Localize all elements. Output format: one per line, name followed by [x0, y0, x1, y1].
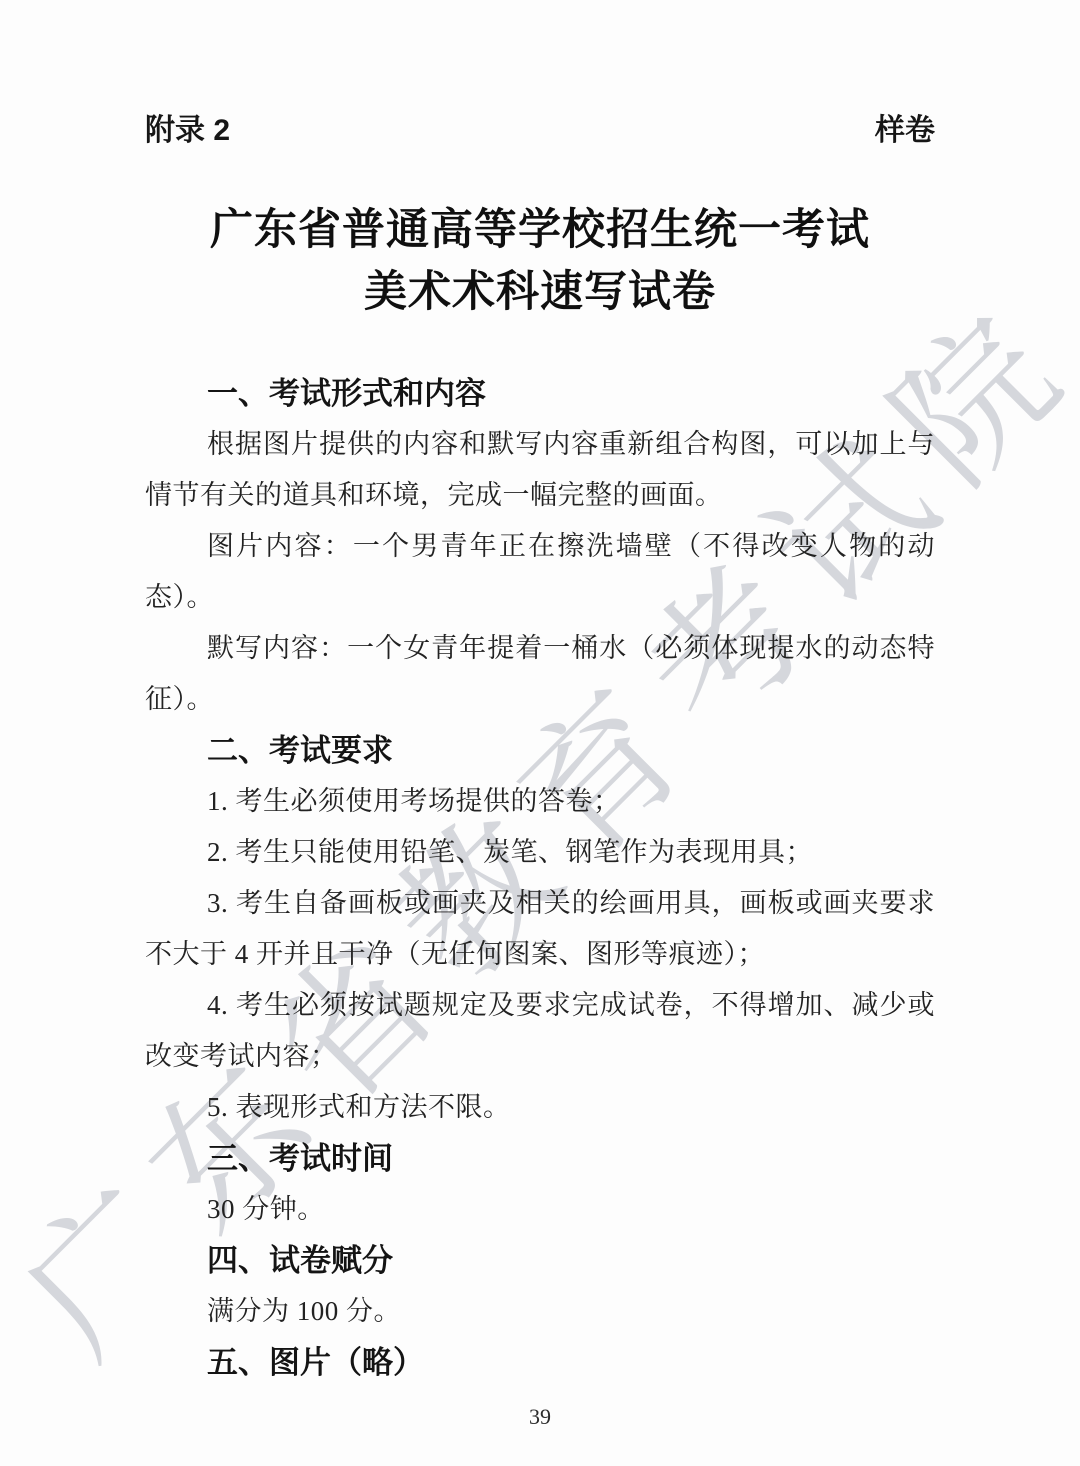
document-title: 广东省普通高等学校招生统一考试 美术术科速写试卷	[145, 200, 935, 324]
paragraph: 根据图片提供的内容和默写内容重新组合构图，可以加上与情节有关的道具和环境，完成一…	[145, 419, 935, 521]
page-content: 附录 2 样卷 广东省普通高等学校招生统一考试 美术术科速写试卷 一、考试形式和…	[0, 0, 1080, 1388]
section-heading-exam-form: 一、考试形式和内容	[145, 368, 935, 419]
section-heading-exam-requirements: 二、考试要求	[145, 725, 935, 776]
paragraph: 图片内容：一个男青年正在擦洗墙壁（不得改变人物的动态）。	[145, 521, 935, 623]
document-body: 一、考试形式和内容 根据图片提供的内容和默写内容重新组合构图，可以加上与情节有关…	[145, 368, 935, 1388]
list-item: 3. 考生自备画板或画夹及相关的绘画用具，画板或画夹要求不大于 4 开并且干净（…	[145, 878, 935, 980]
paragraph: 默写内容：一个女青年提着一桶水（必须体现提水的动态特征）。	[145, 623, 935, 725]
list-item: 2. 考生只能使用铅笔、炭笔、钢笔作为表现用具；	[145, 827, 935, 878]
list-item: 5. 表现形式和方法不限。	[145, 1082, 935, 1133]
section-heading-exam-time: 三、考试时间	[145, 1133, 935, 1184]
document-title-line1: 广东省普通高等学校招生统一考试	[210, 207, 870, 254]
document-title-line2: 美术术科速写试卷	[364, 269, 716, 316]
sample-paper-label: 样卷	[875, 114, 935, 148]
document-header: 附录 2 样卷	[145, 0, 935, 148]
document-page: 广东省教育考试院 附录 2 样卷 广东省普通高等学校招生统一考试 美术术科速写试…	[0, 0, 1080, 1466]
section-heading-picture-omitted: 五、图片（略）	[145, 1337, 935, 1388]
section-heading-exam-score: 四、试卷赋分	[145, 1235, 935, 1286]
list-item: 1. 考生必须使用考场提供的答卷；	[145, 776, 935, 827]
paragraph: 满分为 100 分。	[145, 1286, 935, 1337]
page-number: 39	[529, 1404, 551, 1429]
appendix-label: 附录 2	[145, 114, 230, 148]
paragraph: 30 分钟。	[145, 1184, 935, 1235]
list-item: 4. 考生必须按试题规定及要求完成试卷，不得增加、减少或改变考试内容；	[145, 980, 935, 1082]
page-footer: 39	[0, 1404, 1080, 1430]
